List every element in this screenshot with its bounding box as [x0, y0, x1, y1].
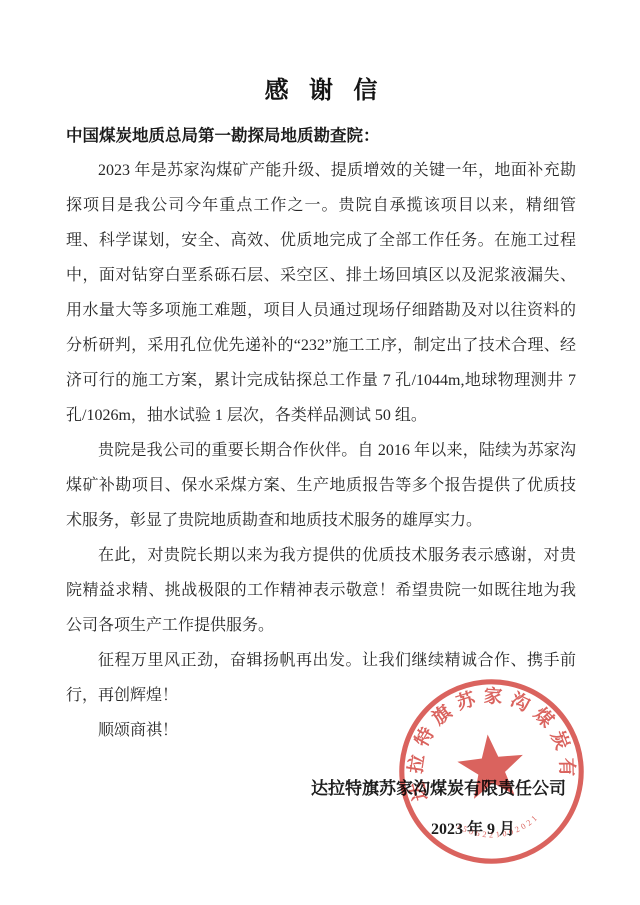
signature-block: 达拉特旗苏家沟煤炭有限责任公司 2023 年 9 月	[66, 774, 576, 844]
letter-paragraph: 2023 年是苏家沟煤矿产能升级、提质增效的关键一年，地面补充勘探项目是我公司今…	[66, 153, 576, 433]
letter-title: 感谢信	[66, 74, 576, 108]
closing-salutation: 顺颂商祺！	[66, 713, 576, 748]
letter-page: 感谢信 中国煤炭地质总局第一勘探局地质勘查院： 2023 年是苏家沟煤矿产能升级…	[0, 0, 640, 905]
recipient-line: 中国煤炭地质总局第一勘探局地质勘查院：	[66, 118, 576, 153]
letter-paragraph: 贵院是我公司的重要长期合作伙伴。自 2016 年以来，陆续为苏家沟煤矿补勘项目、…	[66, 433, 576, 538]
letter-date: 2023 年 9 月	[66, 816, 576, 844]
company-signature: 达拉特旗苏家沟煤炭有限责任公司	[66, 774, 576, 804]
letter-content: 感谢信 中国煤炭地质总局第一勘探局地质勘查院： 2023 年是苏家沟煤矿产能升级…	[66, 74, 576, 844]
letter-paragraph: 征程万里风正劲，奋辑扬帆再出发。让我们继续精诚合作、携手前行，再创辉煌！	[66, 643, 576, 713]
letter-paragraph: 在此，对贵院长期以来为我方提供的优质技术服务表示感谢，对贵院精益求精、挑战极限的…	[66, 538, 576, 643]
